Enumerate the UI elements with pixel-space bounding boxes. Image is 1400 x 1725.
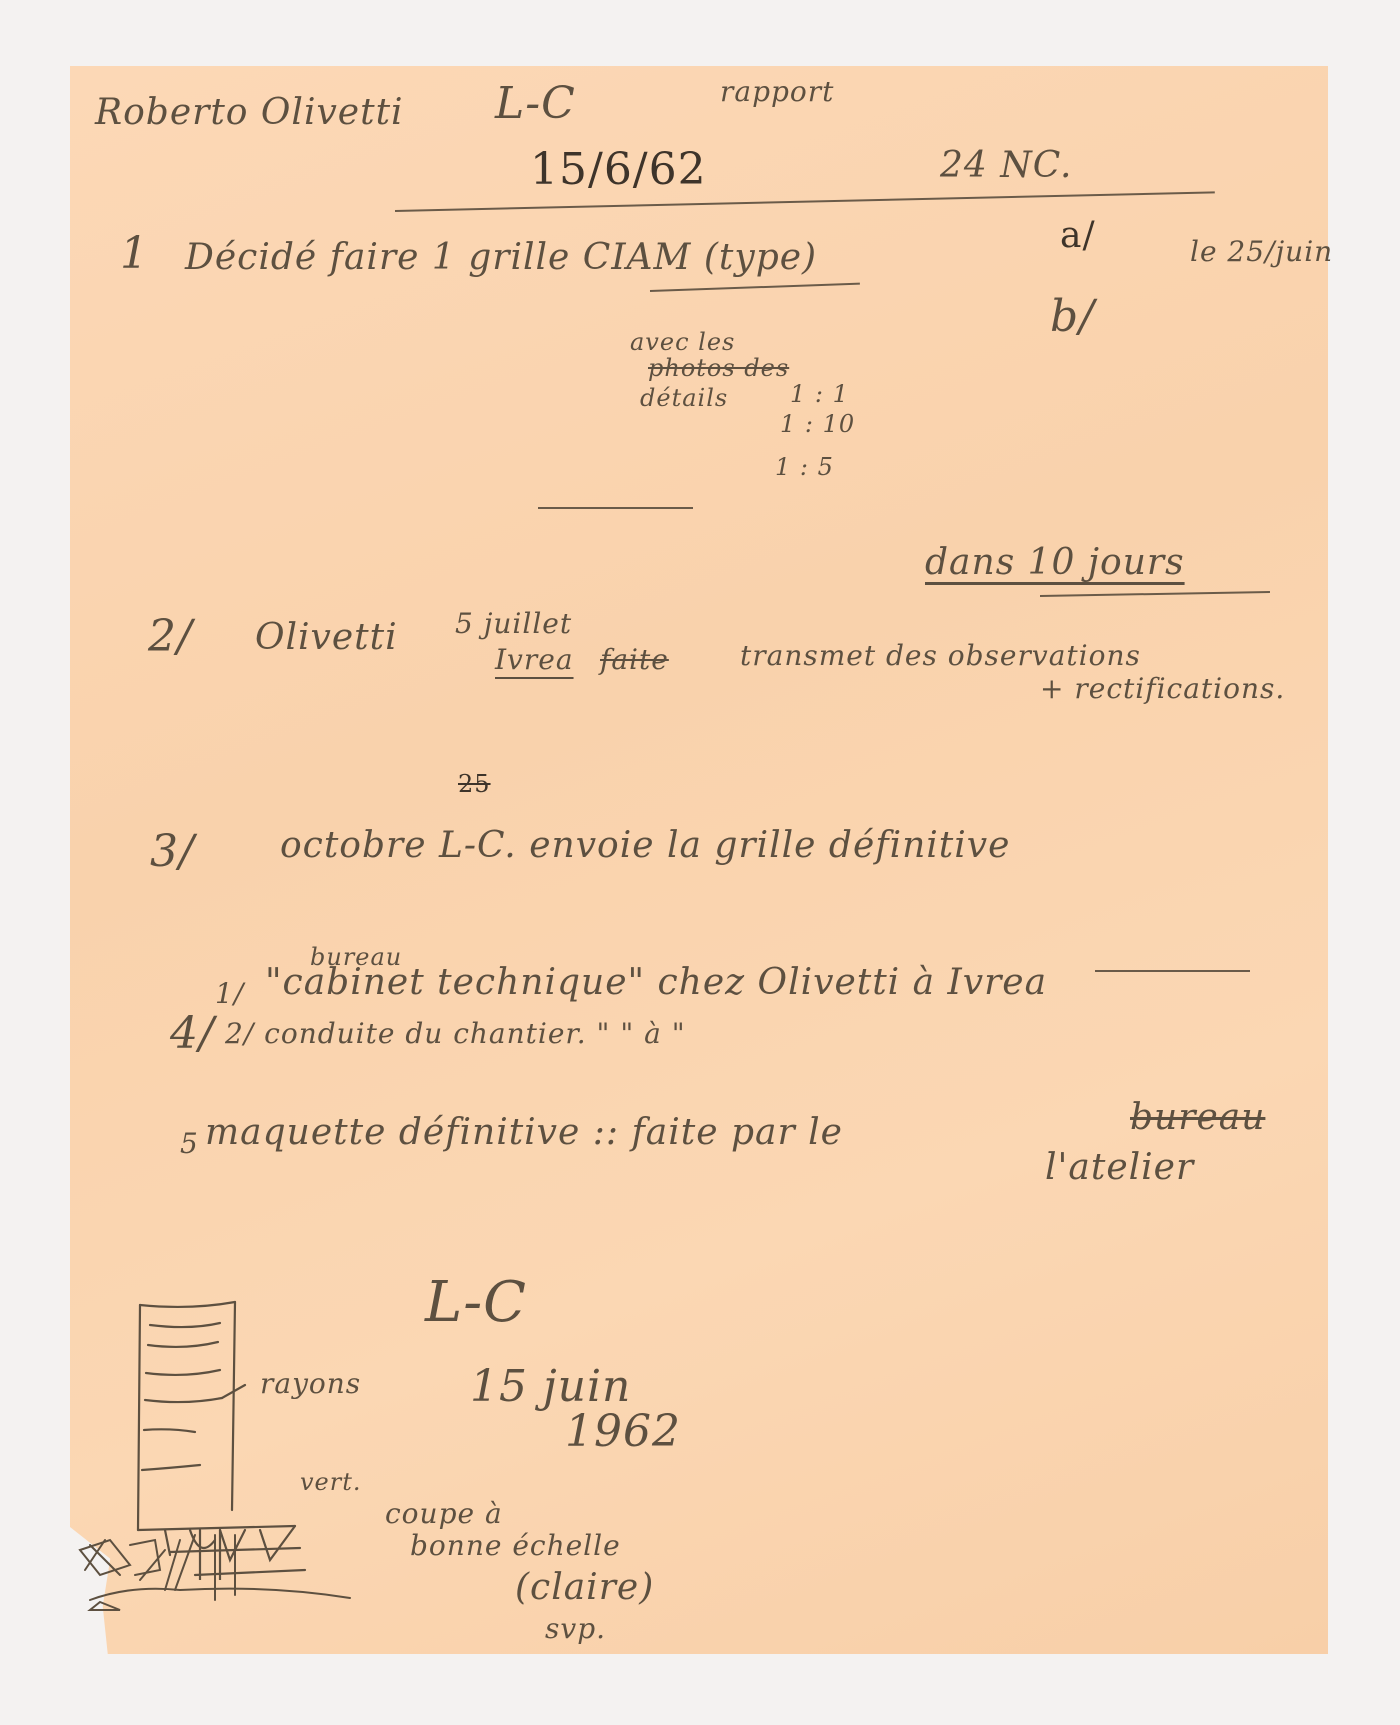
ivrea-underline	[1095, 970, 1250, 972]
item-1-note-line3: détails	[640, 386, 728, 410]
signature-date-line1: 15 juin	[470, 1365, 631, 1409]
item-1-sub-a: a/	[1060, 218, 1096, 254]
item-2-number: 2/	[148, 615, 193, 659]
item-2-struck-word: faite	[600, 646, 669, 674]
author-initials: L-C	[495, 82, 576, 126]
item-3-struck-mark: 25	[458, 772, 491, 796]
item-2-text-rest: transmet des observations	[740, 642, 1141, 670]
sketch-caption-line1: coupe à	[385, 1500, 503, 1528]
item-5-struck-word: bureau	[1130, 1100, 1265, 1136]
item-1-number: 1	[120, 232, 149, 276]
recipient-name: Roberto Olivetti	[95, 95, 404, 131]
item-1-sub-a-text: le 25/juin	[1190, 238, 1333, 266]
item-5-number: 5	[180, 1130, 199, 1158]
item-5-text-line2: l'atelier	[1045, 1150, 1194, 1186]
sketch-caption-line4: svp.	[545, 1615, 606, 1643]
item-1-sub-b: b/	[1050, 295, 1095, 339]
scale-mark-2: 1 : 10	[780, 412, 855, 436]
scale-mark-1: 1 : 1	[790, 382, 849, 406]
item-3-text: octobre L-C. envoie la grille définitive	[280, 828, 1010, 864]
item-4-number: 4/	[170, 1012, 215, 1056]
item-2-deadline: dans 10 jours	[925, 545, 1185, 581]
item-1-note-line2: photos des	[648, 356, 789, 380]
sketch-label-upper: rayons	[260, 1370, 361, 1398]
item-4-line1-prefix: 1/	[215, 980, 244, 1008]
item-1-note-line1: avec les	[630, 330, 735, 354]
scale-mark-3: 1 : 5	[775, 455, 834, 479]
item-4-line1: "cabinet technique" chez Olivetti à Ivre…	[265, 965, 1047, 1001]
document-date: 15/6/62	[530, 148, 707, 192]
item-1-text: Décidé faire 1 grille CIAM (type)	[185, 240, 817, 276]
item-2-place: Ivrea	[495, 646, 574, 674]
hatched-ground-sketch	[70, 1530, 370, 1620]
item-5-text: maquette définitive :: faite par le	[205, 1115, 843, 1151]
item-2-inserted-date: 5 juillet	[455, 610, 572, 638]
item-4-line2: 2/ conduite du chantier. " " à "	[225, 1020, 686, 1048]
section-divider	[538, 507, 693, 509]
sketch-label-lower: vert.	[300, 1470, 362, 1494]
document-reference: 24 NC.	[940, 148, 1072, 184]
signature-date-line2: 1962	[565, 1410, 681, 1454]
signature-initials: L-C	[425, 1275, 527, 1331]
sketch-caption-line2: bonne échelle	[410, 1532, 621, 1560]
item-2-text-start: Olivetti	[255, 620, 398, 656]
header-annotation: rapport	[720, 78, 834, 106]
item-2-text-line2: + rectifications.	[1040, 675, 1285, 703]
item-3-number: 3/	[150, 830, 195, 874]
sketch-caption-line3: (claire)	[515, 1570, 654, 1606]
